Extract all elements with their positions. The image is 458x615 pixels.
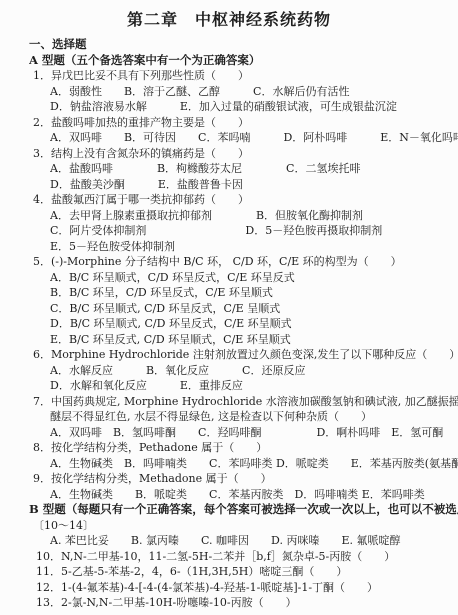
doc-line: A．去甲肾上腺素重摄取抗抑郁剂 B．但胺氧化酶抑制剂 (50, 208, 458, 224)
doc-line: A．双吗啡 B．氢吗啡酮 C．羟吗啡酮 D．啊朴吗啡 E．氢可酮 (50, 425, 458, 441)
doc-line: C．阿片受体抑制剂 D．5－羟色胺再摄取抑制剂 (50, 223, 458, 239)
doc-line: A．生物碱类 B．吗啡喃类 C．苯吗啡类 D．哌啶类 E．苯基丙胺类(氨基酮类) (50, 456, 458, 472)
document-body: 一、选择题A 型题（五个备选答案中有一个为正确答案）1．异戊巴比妥不具有下列那些… (0, 37, 458, 611)
doc-line: A 型题（五个备选答案中有一个为正确答案） (29, 53, 458, 69)
doc-line: D．钠盐溶液易水解 E．加入过量的硝酸银试液，可生成银盐沉淀 (50, 99, 458, 115)
doc-line: B．B/C 环呈，C/D 环呈反式，C/E 环呈顺式 (50, 285, 458, 301)
document-page: 第二章 中枢神经系统药物 一、选择题A 型题（五个备选答案中有一个为正确答案）1… (0, 0, 458, 615)
doc-line: D．水解和氧化反应 E．重排反应 (50, 378, 458, 394)
doc-line: A．B/C 环呈顺式，C/D 环呈反式，C/E 环呈反式 (50, 270, 458, 286)
doc-line: 2．盐酸吗啡加热的重排产物主要是（ ） (33, 115, 458, 131)
doc-line: 13．2-氯-N,N-二甲基-10H-吩噻嗪-10-丙胺（ ） (36, 595, 458, 611)
doc-line: A. 苯巴比妥 B. 氯丙嗪 C. 咖啡因 D. 丙咪嗪 E. 氟哌啶醇 (50, 533, 458, 549)
doc-line: D．B/C 环呈顺式, C/D 环呈反式，C/E 环呈顺式 (50, 316, 458, 332)
page-title: 第二章 中枢神经系统药物 (0, 0, 458, 32)
doc-line: 8．按化学结构分类，Pethadone 属于（ ） (33, 440, 458, 456)
doc-line: A．盐酸吗啡 B．枸橼酸芬太尼 C．二氢埃托啡 (50, 161, 458, 177)
doc-line: 醚层不得显红色, 水层不得显绿色, 这是检查以下何种杂质（ ） (50, 409, 458, 425)
doc-line: D．盐酸美沙酮 E．盐酸普鲁卡因 (50, 177, 458, 193)
doc-line: A．双吗啡 B．可待因 C．苯吗喃 D．阿朴吗啡 E．N－氧化吗啡 (50, 130, 458, 146)
doc-line: 10．N,N-二甲基-10，11-二氢-5H-二苯并［b,f］氮杂卓-5-丙胺（… (36, 549, 458, 565)
doc-line: 9．按化学结构分类，Methadone 属于（ ） (33, 471, 458, 487)
doc-line: 7．中国药典规定, Morphine Hydrochloride 水溶液加碳酸氢… (33, 394, 458, 410)
doc-line: 12．1-(4-氟苯基)-4-[-4-(4-氯苯基)-4-羟基-1-哌啶基]-1… (36, 580, 458, 596)
doc-line: 3．结构上没有含氮杂环的镇痛药是（ ） (33, 146, 458, 162)
doc-line: 5．(-)-Morphine 分子结构中 B/C 环， C/D 环，C/E 环的… (33, 254, 458, 270)
doc-line: 11．5-乙基-5-苯基-2，4，6-（1H,3H,5H）嘧啶三酮（ ） (36, 564, 458, 580)
doc-line: 6．Morphine Hydrochloride 注射剂放置过久颜色变深,发生了… (33, 347, 458, 363)
doc-line: 〔10～14〕 (33, 518, 458, 534)
doc-line: 一、选择题 (29, 37, 458, 53)
doc-line: 4．盐酸氟西汀属于哪一类抗抑郁药（ ） (33, 192, 458, 208)
doc-line: C．B/C 环呈顺式, C/D 环呈反式，C/E 呈顺式 (50, 301, 458, 317)
doc-line: 1．异戊巴比妥不具有下列那些性质（ ） (33, 68, 458, 84)
doc-line: E．5－羟色胺受体抑制剂 (50, 239, 458, 255)
doc-line: B 型题（每题只有一个正确答案，每个答案可被选择一次或一次以上，也可以不被选用。… (29, 502, 458, 518)
doc-line: A．水解反应 B．氧化反应 C．还原反应 (50, 363, 458, 379)
doc-line: A．弱酸性 B．溶于乙醚、乙醇 C．水解后仍有活性 (50, 84, 458, 100)
doc-line: A．生物碱类 B．哌啶类 C．苯基丙胺类 D．吗啡喃类 E．苯吗啡类 (50, 487, 458, 503)
doc-line: E．B/C 环呈反式, C/D 环呈顺式，C/E 环呈顺式 (50, 332, 458, 348)
